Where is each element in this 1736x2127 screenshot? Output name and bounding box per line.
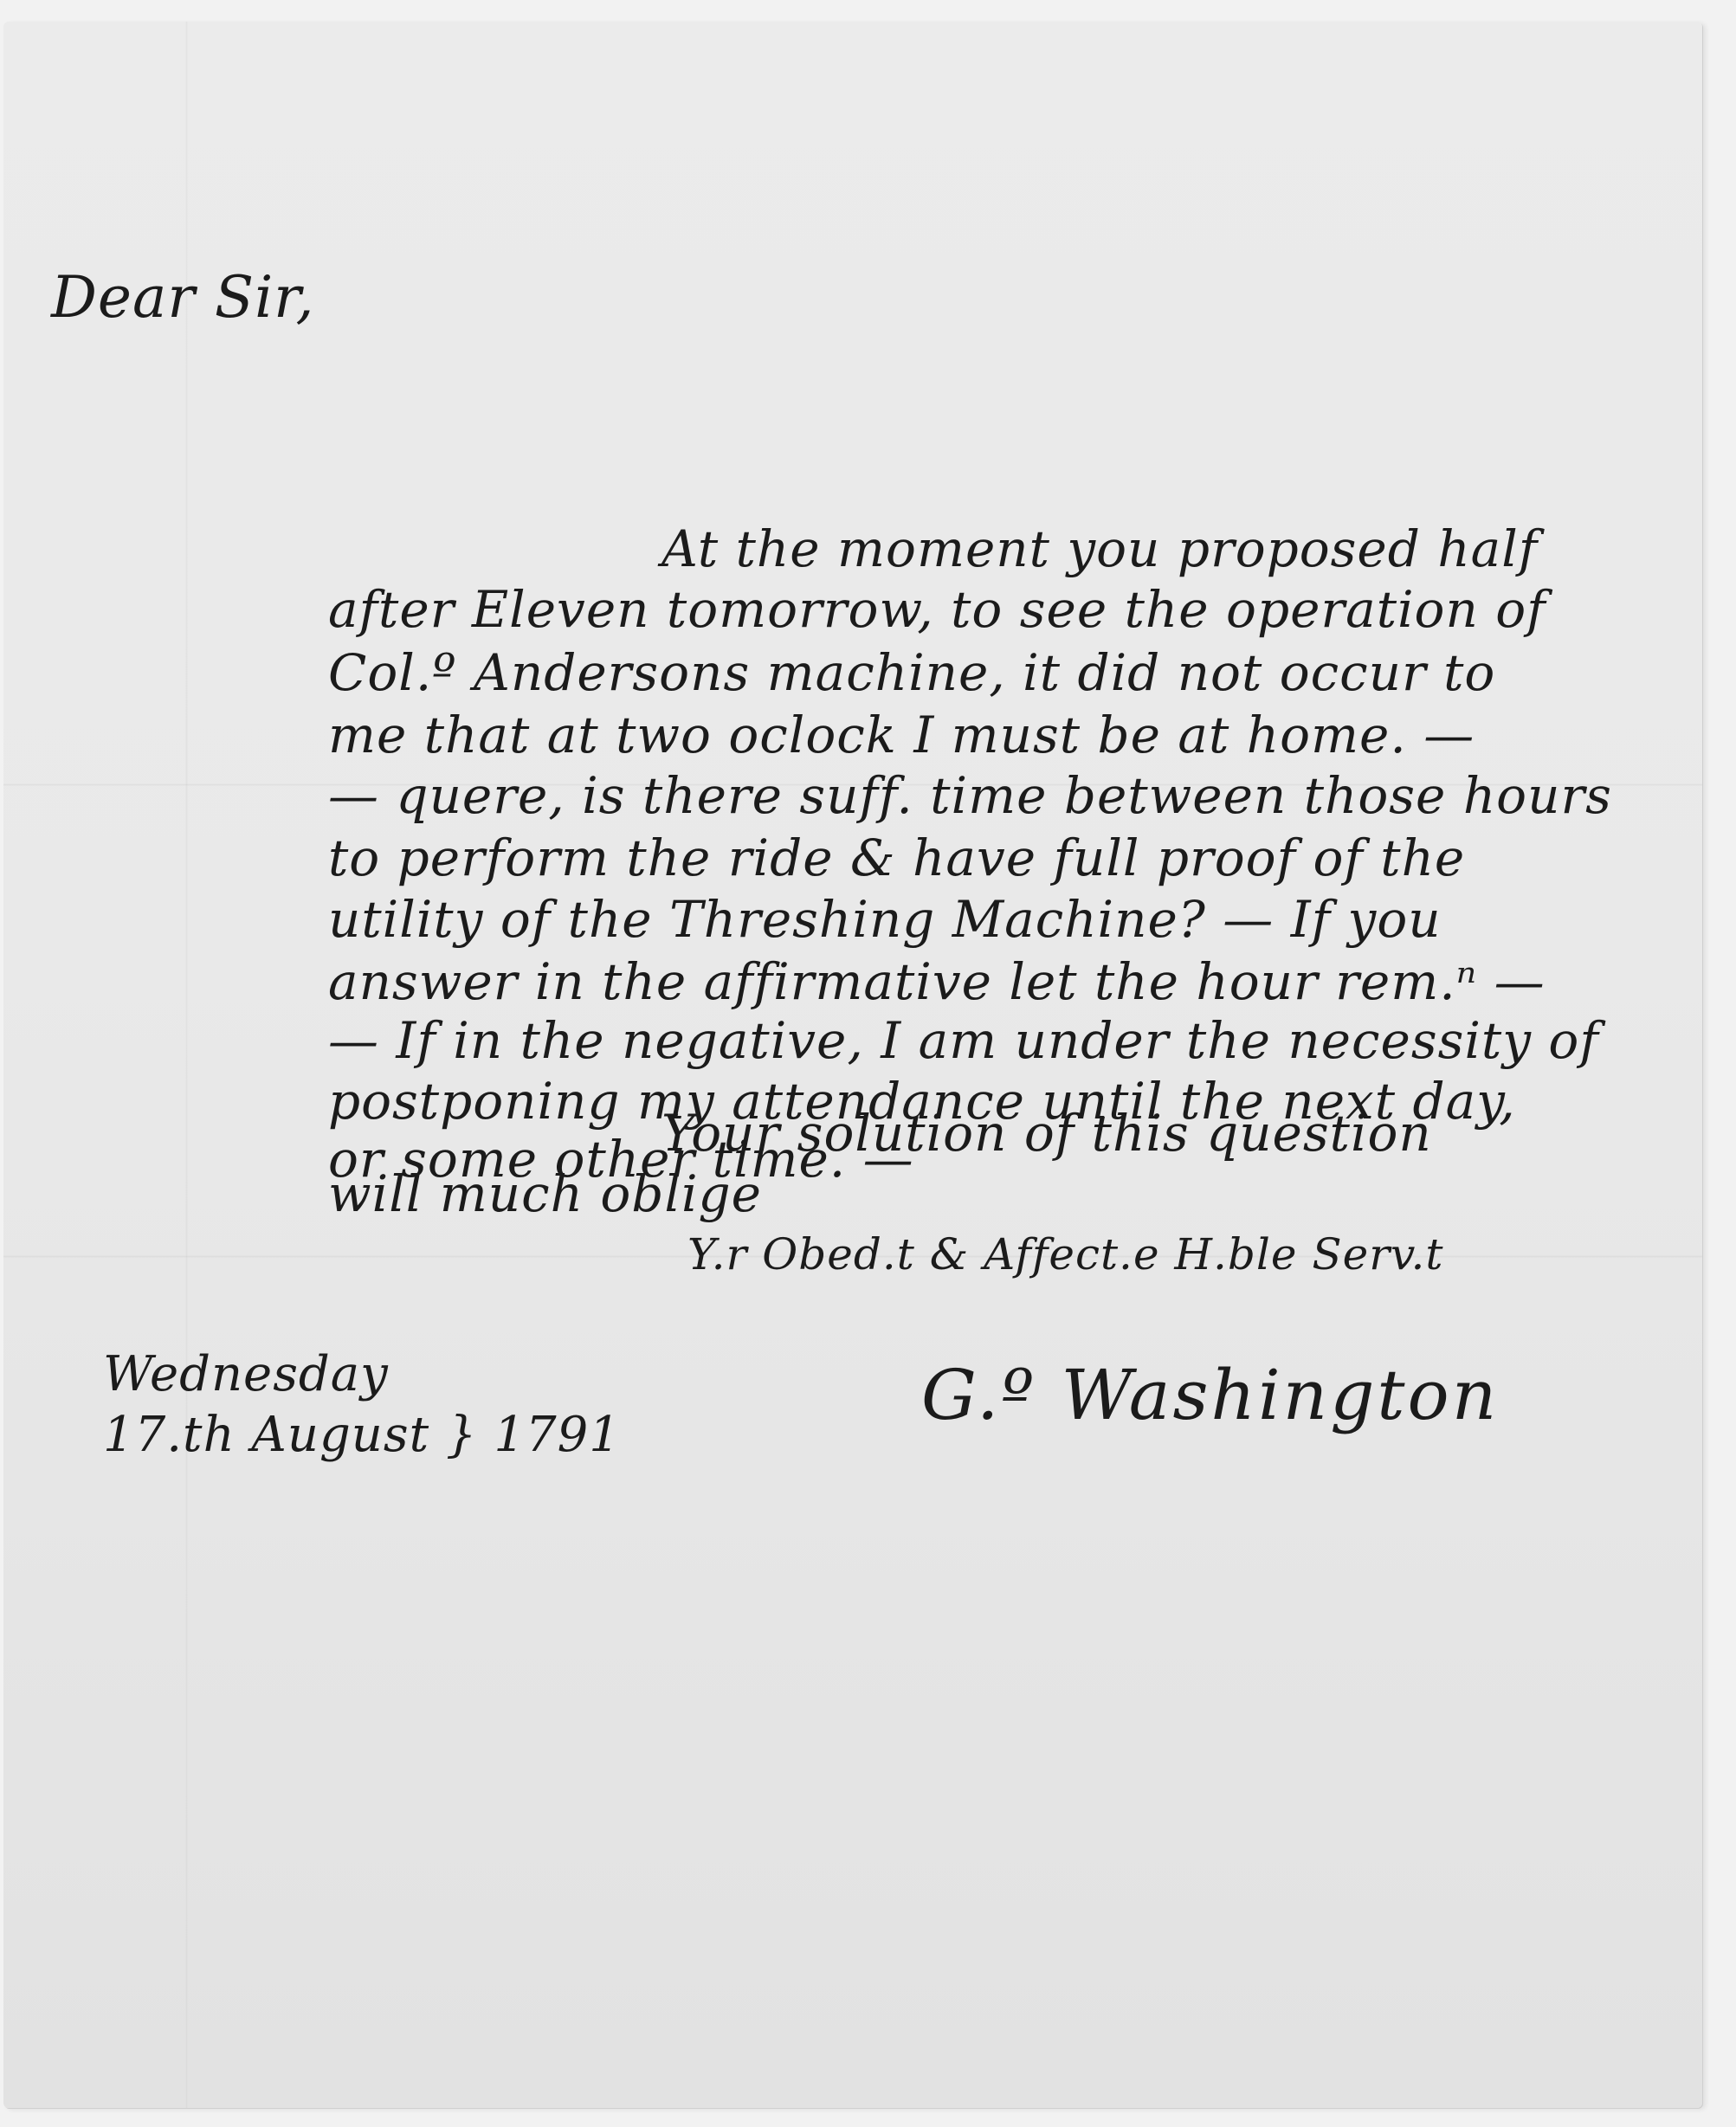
letter-body-line: answer in the affirmative let the hour r… bbox=[328, 952, 1546, 1011]
letter-body-line: to perform the ride & have full proof of… bbox=[328, 828, 1465, 887]
letter-date: 17.th August } 1791 bbox=[103, 1407, 621, 1463]
letter-body-line: — If in the negative, I am under the nec… bbox=[328, 1011, 1599, 1070]
letter-body-line: At the moment you proposed half bbox=[661, 519, 1538, 578]
letter-body-line: Your solution of this question bbox=[661, 1104, 1432, 1163]
letter-closing: Y.r Obed.t & Affect.e H.ble Serv.t bbox=[687, 1229, 1443, 1279]
letter-salutation: Dear Sir, bbox=[51, 264, 314, 331]
letter-body-line: — quere, is there suff. time between tho… bbox=[328, 766, 1612, 825]
letter-body-line: after Eleven tomorrow, to see the operat… bbox=[328, 580, 1546, 639]
letter-page: Dear Sir, At the moment you proposed hal… bbox=[3, 22, 1702, 2108]
letter-date-weekday: Wednesday bbox=[103, 1346, 389, 1402]
letter-signature: G.º Washington bbox=[921, 1355, 1499, 1435]
letter-body-line: will much oblige bbox=[328, 1164, 762, 1223]
paper-fold-line bbox=[185, 22, 188, 2108]
letter-body-line: utility of the Threshing Machine? — If y… bbox=[328, 890, 1442, 949]
letter-body-line: me that at two oclock I must be at home.… bbox=[328, 706, 1475, 764]
letter-body-line: Col.º Andersons machine, it did not occu… bbox=[328, 643, 1495, 702]
